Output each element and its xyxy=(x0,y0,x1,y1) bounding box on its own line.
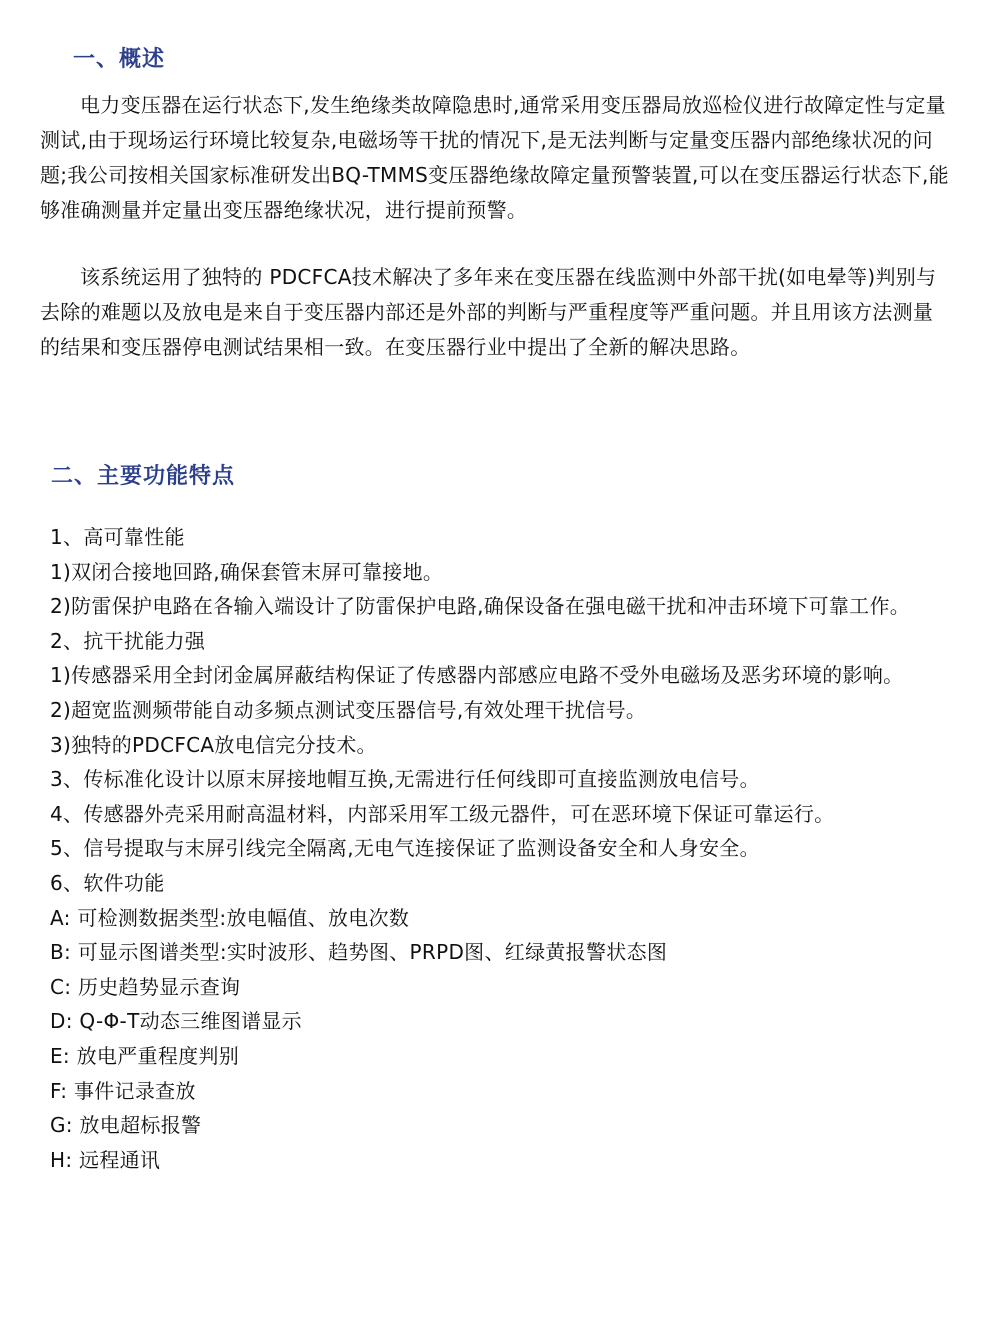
list-item: 2)超宽监测频带能自动多频点测试变压器信号,有效处理干扰信号。 xyxy=(50,693,960,728)
list-item: 1、高可靠性能 xyxy=(50,520,960,555)
list-item: 1)双闭合接地回路,确保套管末屏可靠接地。 xyxy=(50,555,960,590)
list-item: 2)防雷保护电路在各输入端设计了防雷保护电路,确保设备在强电磁干扰和冲击环境下可… xyxy=(50,589,960,624)
list-item: 6、软件功能 xyxy=(50,866,960,901)
list-item: 5、信号提取与末屏引线完全隔离,无电气连接保证了监测设备安全和人身安全。 xyxy=(50,831,960,866)
list-item: B: 可显示图谱类型:实时波形、趋势图、PRPD图、红绿黄报警状态图 xyxy=(50,935,960,970)
list-item: 4、传感器外壳采用耐高温材料，内部采用军工级元器件，可在恶环境下保证可靠运行。 xyxy=(50,797,960,832)
list-item: 1)传感器采用全封闭金属屏蔽结构保证了传感器内部感应电路不受外电磁场及恶劣环境的… xyxy=(50,658,960,693)
list-item: 3)独特的PDCFCA放电信完分技术。 xyxy=(50,728,960,763)
list-item: 3、传标准化设计以原末屏接地帽互换,无需进行任何线即可直接监测放电信号。 xyxy=(50,762,960,797)
overview-paragraph-2: 该系统运用了独特的 PDCFCA技术解决了多年来在变压器在线监测中外部干扰(如电… xyxy=(40,260,952,365)
list-item: E: 放电严重程度判别 xyxy=(50,1039,960,1074)
section-heading-overview: 一、概述 xyxy=(73,42,165,73)
list-item: D: Q-Φ-T动态三维图谱显示 xyxy=(50,1004,960,1039)
section-heading-features: 二、主要功能特点 xyxy=(51,459,235,490)
list-item: A: 可检测数据类型:放电幅值、放电次数 xyxy=(50,901,960,936)
list-item: C: 历史趋势显示查询 xyxy=(50,970,960,1005)
overview-paragraph-1: 电力变压器在运行状态下,发生绝缘类故障隐患时,通常采用变压器局放巡检仪进行故障定… xyxy=(40,88,952,228)
list-item: 2、抗干扰能力强 xyxy=(50,624,960,659)
feature-list: 1、高可靠性能 1)双闭合接地回路,确保套管末屏可靠接地。 2)防雷保护电路在各… xyxy=(50,520,960,1177)
list-item: H: 远程通讯 xyxy=(50,1143,960,1178)
list-item: F: 事件记录查放 xyxy=(50,1074,960,1109)
list-item: G: 放电超标报警 xyxy=(50,1108,960,1143)
